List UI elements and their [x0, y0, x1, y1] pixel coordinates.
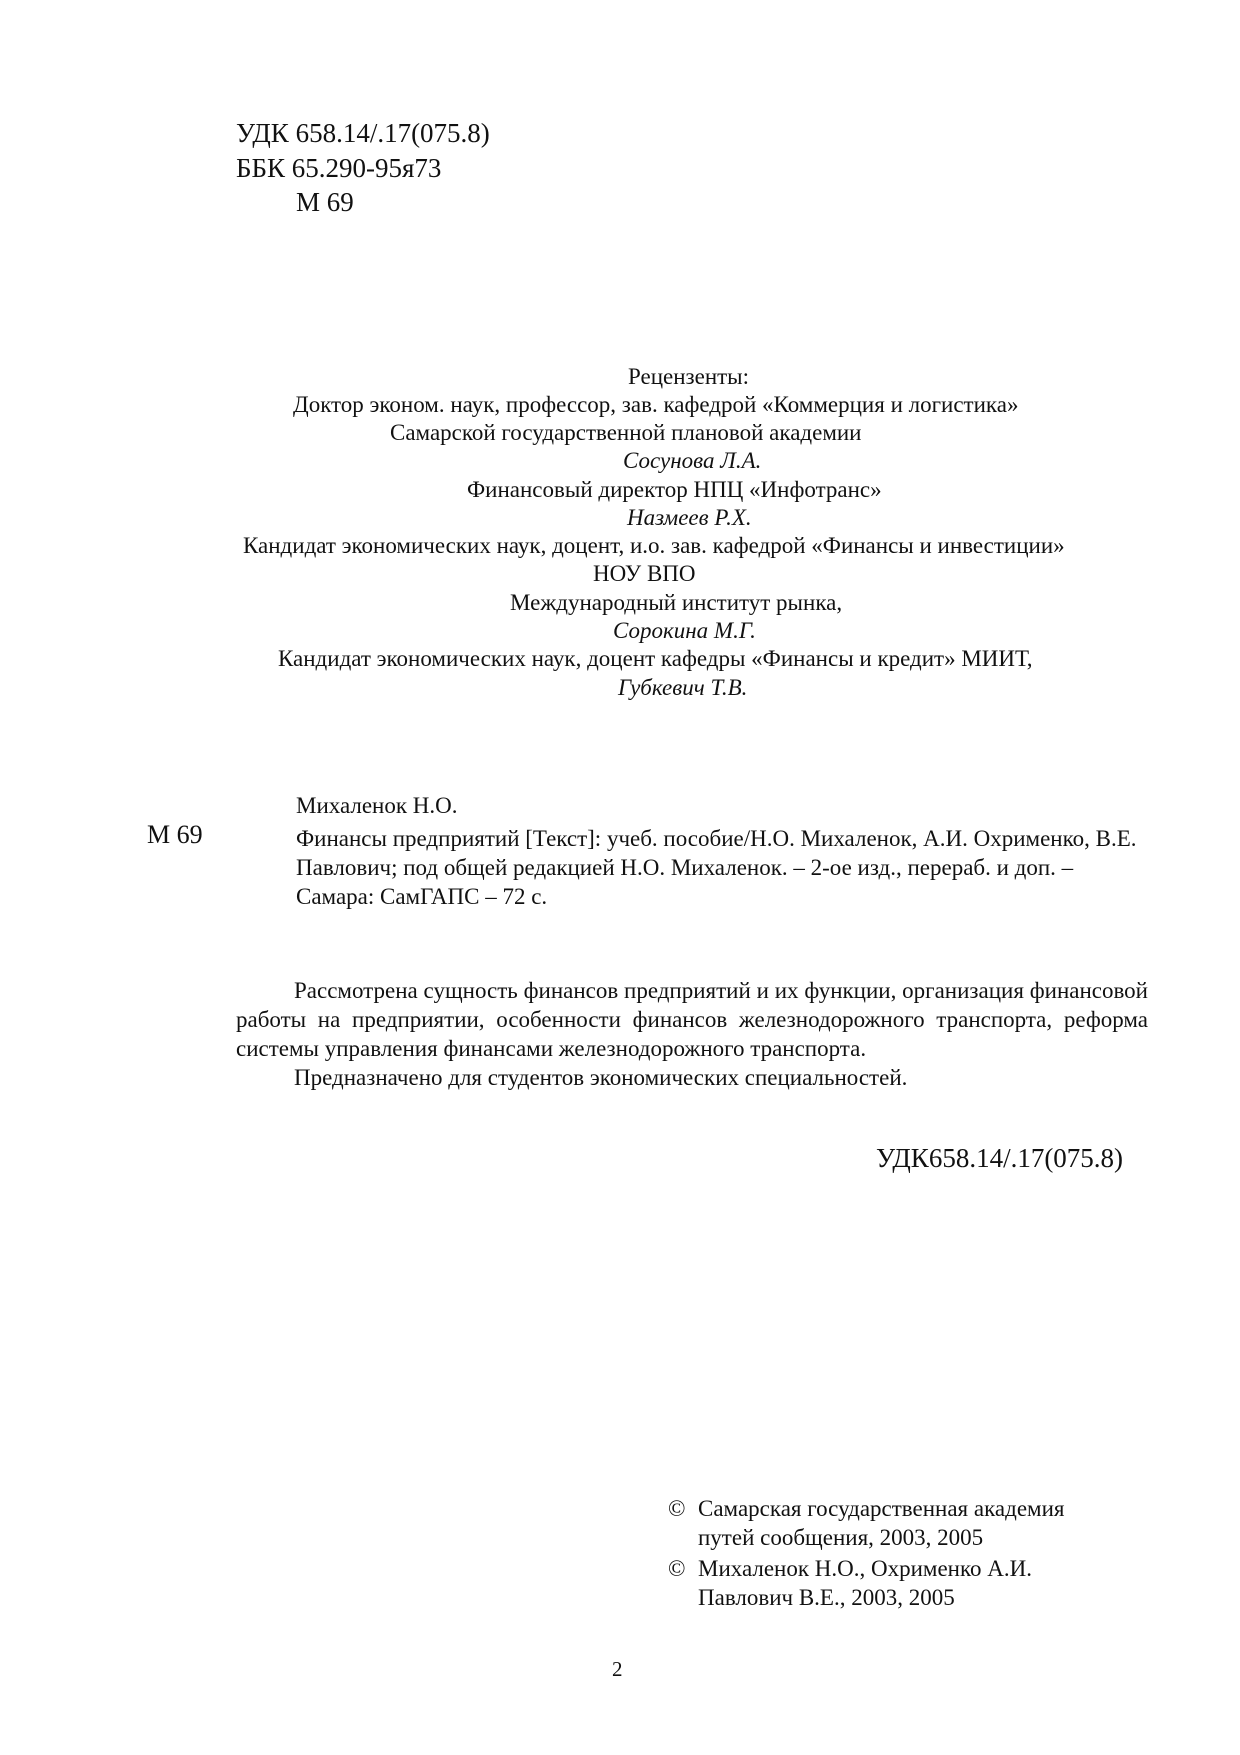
- reviewer-name: Назмеев Р.Х.: [627, 504, 752, 532]
- annotation-paragraph: Рассмотрена сущность финансов предприяти…: [236, 976, 1148, 1063]
- book-author: Михаленок Н.О.: [296, 792, 458, 820]
- copyright-line: путей сообщения, 2003, 2005: [698, 1523, 1064, 1552]
- copyright-line: Самарская государственная академия: [698, 1494, 1064, 1523]
- copyright-line: Павлович В.Е., 2003, 2005: [698, 1583, 1064, 1612]
- reviewer-line: Доктор эконом. наук, профессор, зав. каф…: [293, 391, 1018, 419]
- udk-code-bottom: УДК658.14/.17(075.8): [876, 1142, 1123, 1174]
- author-mark-side: М 69: [147, 820, 203, 850]
- copyright-icon: ©: [668, 1554, 685, 1583]
- copyright-item: © Самарская государственная академия пут…: [668, 1494, 1064, 1552]
- copyright-item: © Михаленок Н.О., Охрименко А.И. Павлови…: [668, 1554, 1064, 1612]
- bbk-code: ББК 65.290-95я73: [236, 152, 441, 184]
- udk-code: УДК 658.14/.17(075.8): [236, 117, 490, 149]
- reviewer-line: Кандидат экономических наук, доцент, и.о…: [243, 532, 1065, 560]
- reviewer-line: НОУ ВПО: [593, 560, 696, 588]
- reviewers-title: Рецензенты:: [628, 363, 749, 391]
- annotation: Рассмотрена сущность финансов предприяти…: [236, 976, 1148, 1092]
- reviewer-name: Сосунова Л.А.: [623, 447, 761, 475]
- reviewer-name: Губкевич Т.В.: [618, 674, 747, 702]
- reviewer-line: Финансовый директор НПЦ «Инфотранс»: [467, 476, 882, 504]
- annotation-paragraph: Предназначено для студентов экономически…: [236, 1063, 1148, 1092]
- page-number: 2: [612, 1657, 623, 1681]
- copyright-icon: ©: [668, 1494, 685, 1523]
- reviewer-name: Сорокина М.Г.: [613, 617, 756, 645]
- copyright-line: Михаленок Н.О., Охрименко А.И.: [698, 1554, 1064, 1583]
- author-mark: М 69: [296, 186, 354, 218]
- book-description: Финансы предприятий [Текст]: учеб. пособ…: [296, 824, 1146, 911]
- copyright-block: © Самарская государственная академия пут…: [668, 1494, 1064, 1614]
- reviewer-line: Международный институт рынка,: [510, 589, 842, 617]
- reviewer-line: Кандидат экономических наук, доцент кафе…: [278, 645, 1033, 673]
- reviewer-line: Самарской государственной плановой акаде…: [390, 419, 862, 447]
